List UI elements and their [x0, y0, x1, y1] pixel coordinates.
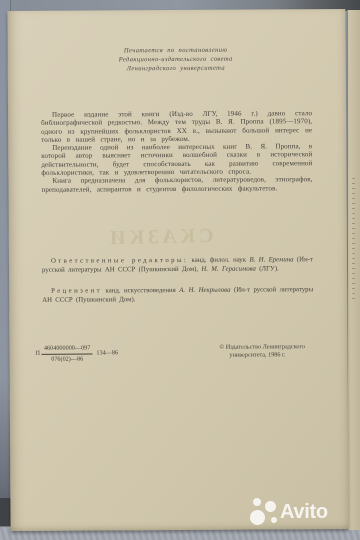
imprint-page: Печатается по постановлению Редакционно-… [7, 9, 348, 531]
avito-wordmark: Avito [280, 498, 328, 526]
reviewer-block: Рецензент канд. искусствоведения А. Н. Н… [42, 286, 313, 305]
copyright-notice: © Издательство Ленинградского университе… [219, 343, 337, 360]
index-fraction: 4604000000—097 076(02)—86 [42, 345, 93, 363]
avito-watermark: Avito [250, 498, 328, 526]
editor-name: Н. М. Герасимова [201, 265, 256, 272]
print-note-line: Ленинградского университета [38, 63, 314, 74]
reviewer-degree: канд. искусствоведения [105, 287, 175, 294]
editors-degree: канд. филол. наук [192, 257, 247, 264]
fraction-numerator: 4604000000—097 [42, 345, 92, 355]
index-suffix: 134—86 [94, 350, 118, 358]
reviewer-label: Рецензент [51, 287, 102, 294]
annotation-block: Первое издание этой книги (Изд-во ЛГУ, 1… [41, 109, 313, 194]
bbk-index-code: П 4604000000—097 076(02)—86 134—86 [35, 344, 118, 363]
fraction-denominator: 076(02)—86 [42, 354, 92, 363]
editor-name: В. И. Еремина [249, 256, 293, 263]
print-authorization-note: Печатается по постановлению Редакционно-… [38, 45, 314, 74]
imprint-row: П 4604000000—097 076(02)—86 134—86 © Изд… [35, 343, 337, 363]
index-letter: П [35, 350, 40, 358]
book-page-photo: Печатается по постановлению Редакционно-… [0, 0, 360, 540]
annotation-paragraph: Первое издание этой книги (Изд-во ЛГУ, 1… [41, 109, 312, 144]
editors-label: Ответственные редакторы: [51, 257, 188, 265]
avito-logo-icon [250, 498, 277, 526]
copyright-line: университета, 1986 г. [220, 351, 338, 360]
annotation-paragraph: Переиздание одной из наиболее интересных… [41, 142, 312, 177]
editor-affiliation: (ЛГУ). [259, 265, 279, 272]
showthrough-title-text: СКАЗКИ [93, 225, 228, 251]
page-fore-edge [347, 10, 360, 530]
annotation-paragraph: Книга предназначена для фольклористов, л… [41, 176, 312, 194]
editors-block: Ответственные редакторы: канд. филол. на… [42, 256, 313, 275]
reviewer-name: А. Н. Некрылова [179, 287, 230, 294]
next-page-text-marks [352, 178, 355, 303]
